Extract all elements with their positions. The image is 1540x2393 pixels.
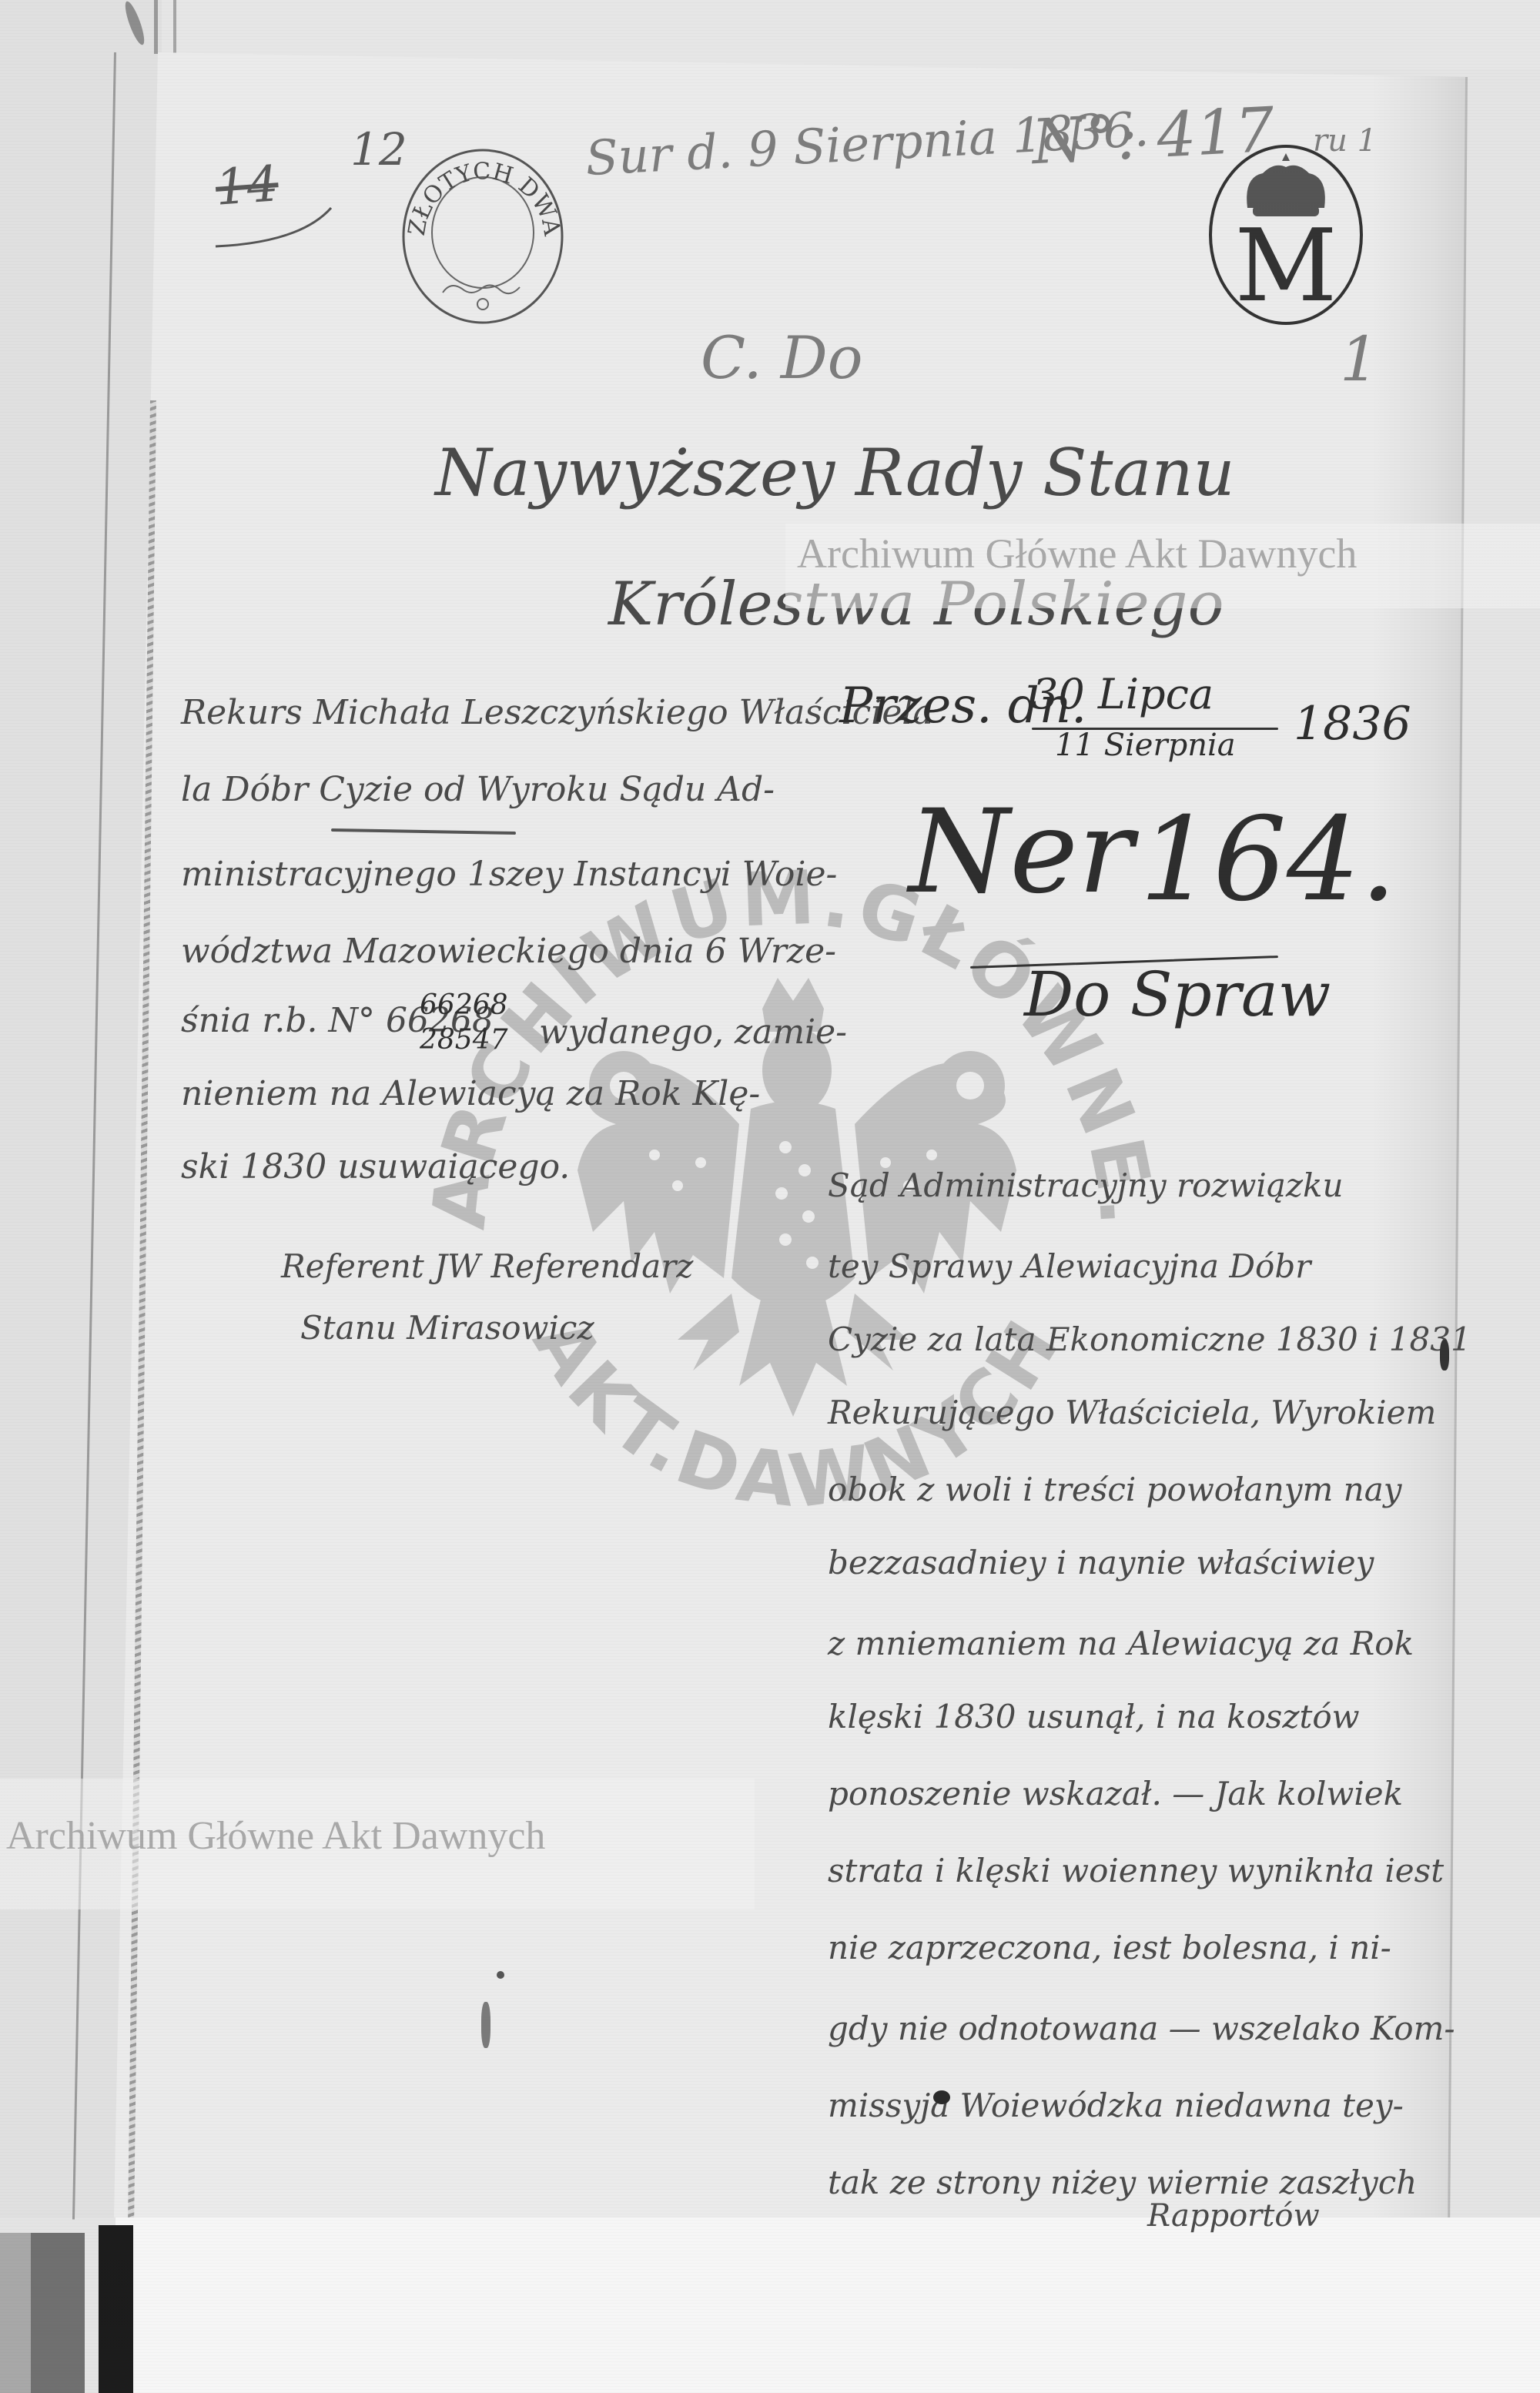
body-line-4: Rekurującego Właściciela, Wyrokiem (828, 1394, 1436, 1431)
received-date-top: 30 Lipca (1032, 670, 1214, 718)
flourish-stroke (208, 200, 339, 254)
duty-stamp-text: ZŁOTYCH DWA (403, 158, 566, 238)
body-line-9: ponoszenie wskazał. — Jak kolwiek (828, 1775, 1403, 1812)
scan-background-bottom (115, 2217, 1540, 2393)
binding-label (31, 2233, 85, 2393)
watermark-text-bottom: Archiwum Główne Akt Dawnych (6, 1813, 545, 1859)
ink-blot (933, 2090, 950, 2104)
left-line-7: nieniem na Alewiacyą za Rok Klę- (181, 1074, 760, 1113)
ink-dot (497, 1971, 504, 1979)
left-line-2: la Dóbr Cyzie od Wyroku Sądu Ad- (181, 770, 775, 809)
binding-cover-edge (0, 2233, 31, 2393)
ink-blot-margin (1440, 1340, 1449, 1371)
watermark-text-top: Archiwum Główne Akt Dawnych (797, 530, 1357, 577)
duty-stamp: ZŁOTYCH DWA (397, 146, 570, 330)
body-line-6: bezzasadniey i naynie właściwiey (828, 1544, 1374, 1581)
left-line-4: wództwa Mazowieckiego dnia 6 Wrze- (181, 932, 836, 971)
body-line-3: Cyzie za lata Ekonomiczne 1830 i 1831 (828, 1320, 1471, 1358)
body-line-12: gdy nie odnotowana — wszelako Kom- (828, 2010, 1455, 2047)
binding-cord-top (154, 0, 158, 54)
received-year: 1836 (1294, 697, 1411, 751)
salutation: C. Do (701, 323, 862, 392)
body-line-11: nie zaprzeczona, iest bolesna, i ni- (828, 1929, 1391, 1966)
body-line-7: z mniemaniem na Alewiacyą za Rok (828, 1625, 1414, 1662)
left-line-3: ministracyjnego 1szey Instancyi Woie- (181, 855, 837, 894)
body-line-1: Sąd Administracyjny rozwiązku (828, 1166, 1344, 1204)
binding-cord-top-secondary (173, 0, 176, 54)
body-line-8: klęski 1830 usunął, i na kosztów (828, 1698, 1360, 1735)
referent-line-1: Referent JW Referendarz (281, 1247, 693, 1285)
ink-smudge (481, 2002, 490, 2048)
date-divider (1032, 728, 1278, 730)
register-number: N°: 417 (1030, 94, 1277, 178)
received-date-bottom: 11 Sierpnia (1055, 728, 1236, 763)
body-line-5: obok z woli i treści powołanym nay (828, 1471, 1401, 1508)
monogram-letter: M (1234, 207, 1337, 324)
body-line-10: strata i klęski woienney wyniknła iest (828, 1852, 1444, 1889)
fraction-bottom: 28547 (420, 1024, 508, 1056)
circular-revenue-stamp-icon: ZŁOTYCH DWA (397, 146, 570, 327)
fraction-top: 66268 (420, 989, 508, 1021)
left-line-6: wydanego, zamie- (539, 1012, 847, 1052)
crowned-m-monogram-icon: M (1205, 142, 1367, 327)
register-suffix: ru 1 (1313, 123, 1377, 159)
registry-number-value: 164. (1140, 793, 1397, 927)
binding-spine (99, 2225, 133, 2393)
left-line-8: ski 1830 usuwaiącego. (181, 1147, 570, 1186)
folio-number: 12 (350, 123, 407, 176)
body-line-14: tak ze strony niżey wiernie zaszłych (828, 2164, 1417, 2201)
crown-monogram-stamp: M (1205, 142, 1367, 330)
catchword: Rapportów (1147, 2198, 1320, 2234)
referent-line-2: Stanu Mirasowicz (300, 1309, 594, 1347)
svg-text:ZŁOTYCH DWA: ZŁOTYCH DWA (403, 158, 566, 238)
registry-number-label: Ner (909, 785, 1133, 919)
left-line-1: Rekurs Michała Leszczyńskiego Właściciel… (181, 693, 933, 732)
page-number: 1 (1340, 323, 1379, 395)
body-line-2: tey Sprawy Alewiacyjna Dóbr (828, 1247, 1311, 1285)
address-line-1: Naywyższey Rady Stanu (435, 435, 1235, 510)
body-line-13: missyja Woiewódzka niedawna tey- (828, 2087, 1404, 2124)
routing-note: Do Spraw (1024, 959, 1331, 1030)
